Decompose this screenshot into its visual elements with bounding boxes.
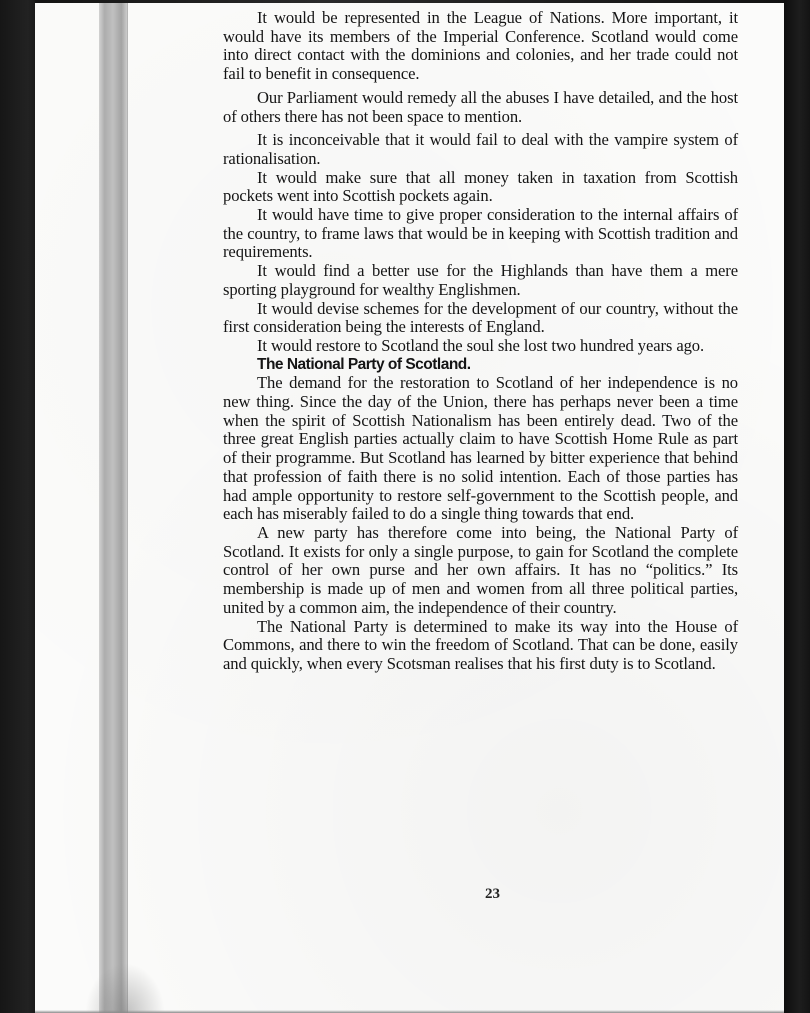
paragraph: It would restore to Scotland the soul sh… xyxy=(223,337,738,356)
page-body-text: It would be represented in the League of… xyxy=(223,9,738,674)
paragraph: A new party has therefore come into bein… xyxy=(223,524,738,618)
book-binding-gutter xyxy=(99,3,127,1013)
book-page: It would be represented in the League of… xyxy=(35,3,784,1013)
paragraph: It would be represented in the League of… xyxy=(223,9,738,84)
paragraph: It is inconceivable that it would fail t… xyxy=(223,131,738,168)
paragraph: It would find a better use for the Highl… xyxy=(223,262,738,299)
page-number: 23 xyxy=(485,886,500,903)
scan-left-border xyxy=(0,0,35,1013)
paragraph: It would devise schemes for the developm… xyxy=(223,300,738,337)
paragraph: Our Parliament would remedy all the abus… xyxy=(223,89,738,126)
paragraph: The demand for the restoration to Scotla… xyxy=(223,374,738,524)
gutter-shadow xyxy=(85,963,165,1013)
paragraph: It would have time to give proper consid… xyxy=(223,206,738,262)
scan-right-border xyxy=(784,0,810,1013)
paragraph: The National Party is determined to make… xyxy=(223,618,738,674)
paragraph: It would make sure that all money taken … xyxy=(223,169,738,206)
section-heading: The National Party of Scotland. xyxy=(223,356,738,375)
gutter-edge-line xyxy=(127,3,128,1013)
